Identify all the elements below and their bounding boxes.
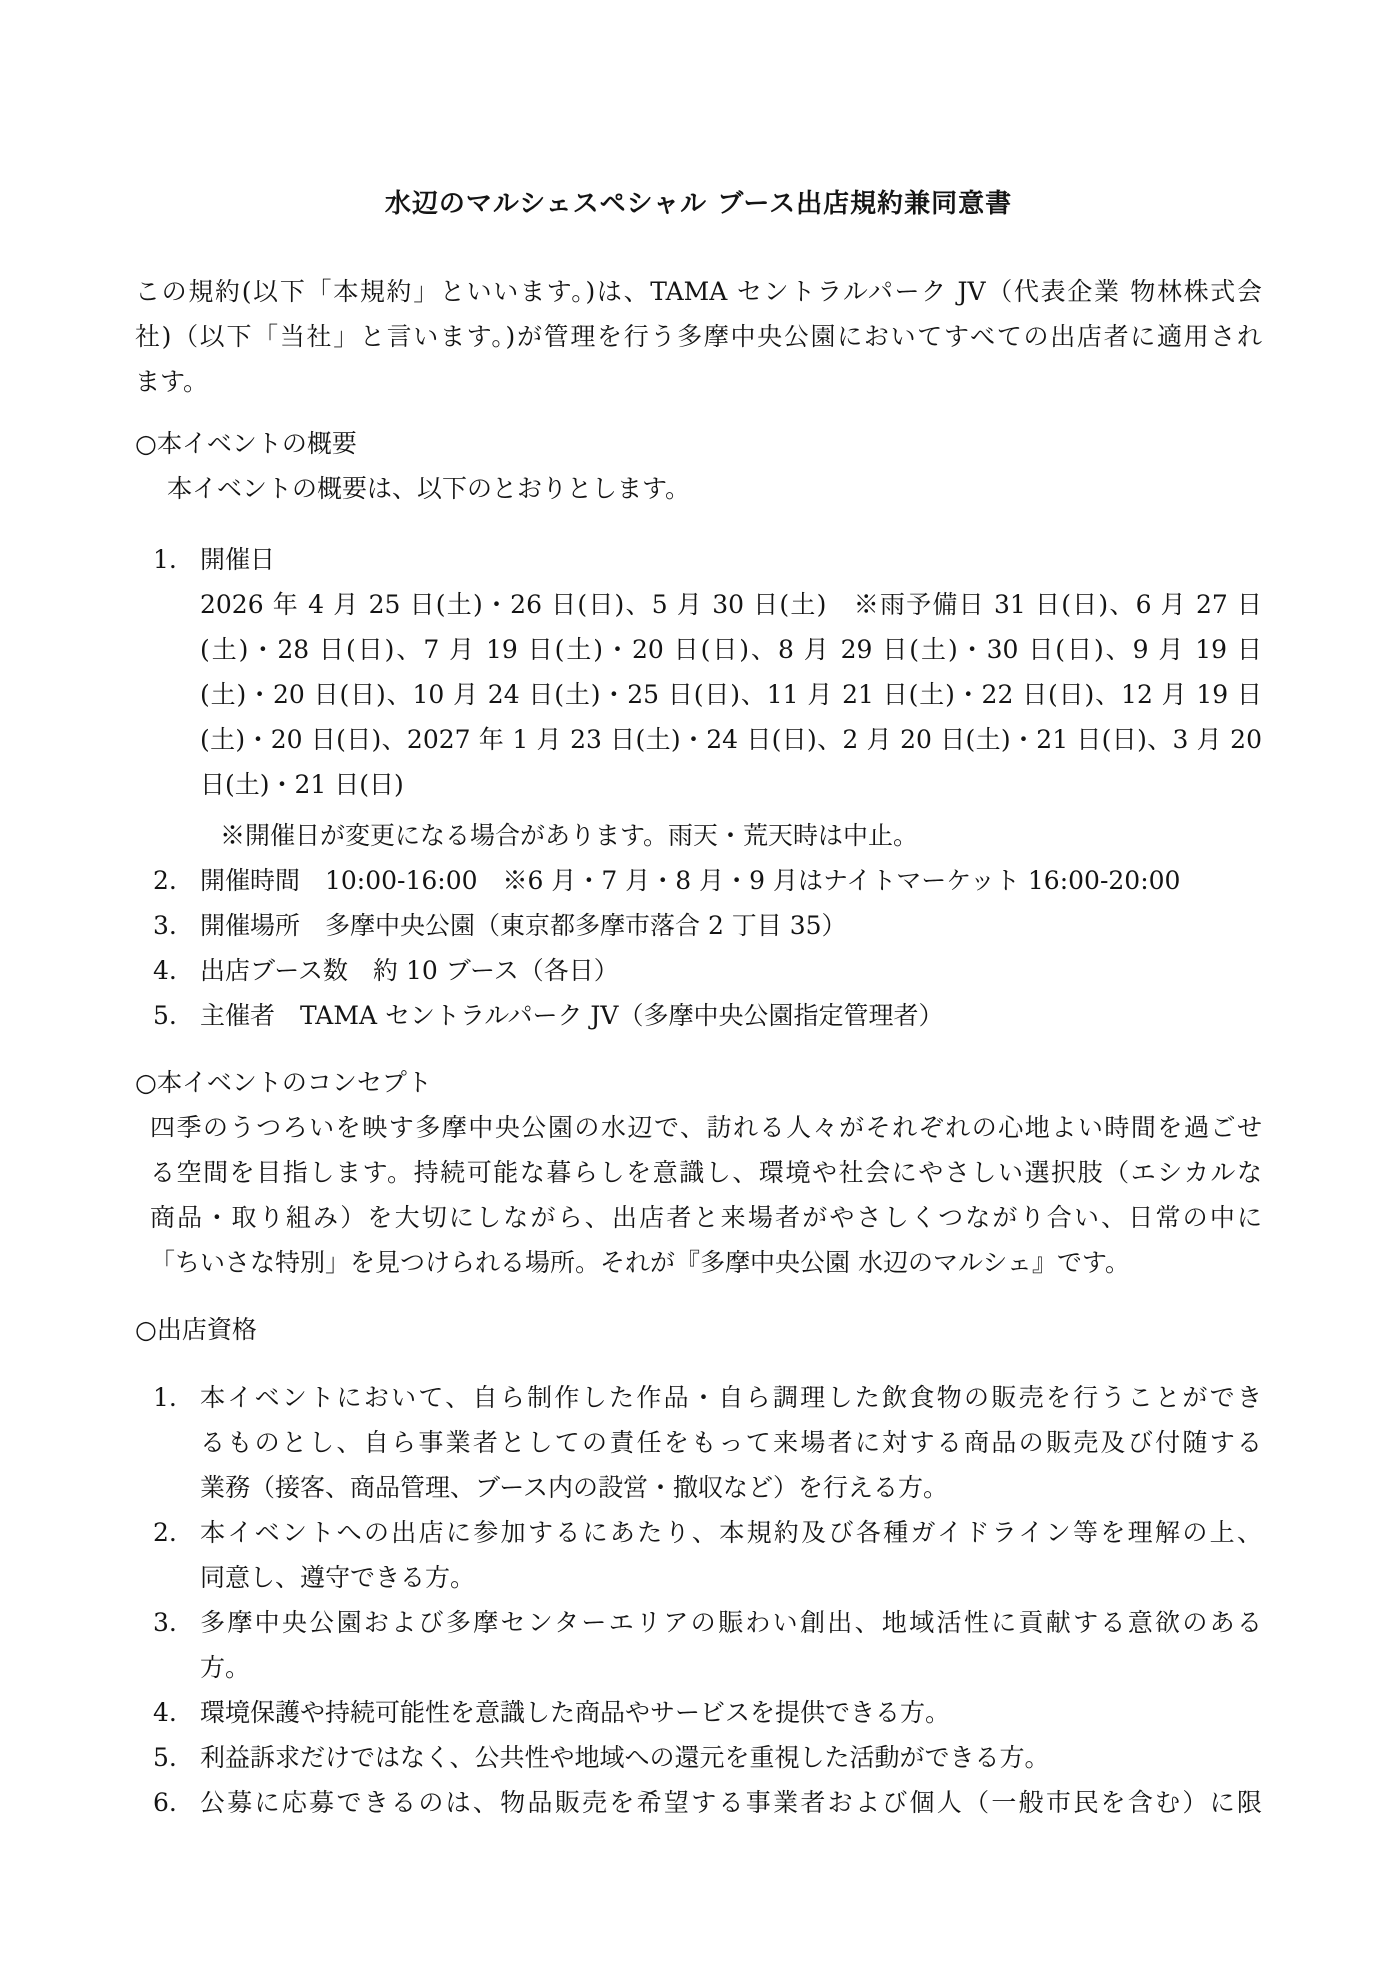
list-item: 3. 開催場所 多摩中央公園（東京都多摩市落合 2 丁目 35） [135,903,1262,948]
overview-list: 1. 開催日 2026 年 4 月 25 日(土)・26 日(日)、5 月 30… [135,537,1262,1038]
text-line: 開催時間 10:00-16:00 ※6 月・7 月・8 月・9 月はナイトマーケ… [200,858,1262,903]
list-item-number: 2. [153,1510,177,1555]
text-line: 多摩中央公園および多摩センターエリアの賑わい創出、地域活性に貢献する意欲のある [200,1600,1262,1645]
list-item: 2. 開催時間 10:00-16:00 ※6 月・7 月・8 月・9 月はナイト… [135,858,1262,903]
text-line: 2026 年 4 月 25 日(土)・26 日(日)、5 月 30 日(土) ※… [200,582,1262,627]
text-line: るものとし、自ら事業者としての責任をもって来場者に対する商品の販売及び付随する [200,1420,1262,1465]
section-overview: ○本イベントの概要 本イベントの概要は、以下のとおりとします。 1. 開催日 2… [135,421,1262,1038]
text-line: (土)・20 日(日)、10 月 24 日(土)・25 日(日)、11 月 21… [200,672,1262,717]
text-line: (土)・20 日(日)、2027 年 1 月 23 日(土)・24 日(日)、2… [200,717,1262,762]
text-line: 出店ブース数 約 10 ブース（各日） [200,948,1262,993]
document-title: 水辺のマルシェスペシャル ブース出店規約兼同意書 [135,182,1262,227]
list-item-number: 1. [153,537,177,582]
list-item-number: 5. [153,993,177,1038]
text-line: 「ちいさな特別」を見つけられる場所。それが『多摩中央公園 水辺のマルシェ』です。 [150,1240,1262,1285]
list-item-number: 5. [153,1735,177,1780]
list-item: 4. 環境保護や持続可能性を意識した商品やサービスを提供できる方。 [135,1690,1262,1735]
text-line: 開催場所 多摩中央公園（東京都多摩市落合 2 丁目 35） [200,903,1262,948]
list-item-note: ※開催日が変更になる場合があります。雨天・荒天時は中止。 [220,813,1262,858]
list-item-number: 3. [153,903,177,948]
section-concept: ○本イベントのコンセプト 四季のうつろいを映す多摩中央公園の水辺で、訪れる人々が… [135,1060,1262,1285]
intro-paragraph: この規約(以下「本規約」といいます。)は、TAMA セントラルパーク JV（代表… [135,269,1262,404]
list-item: 1. 開催日 2026 年 4 月 25 日(土)・26 日(日)、5 月 30… [135,537,1262,858]
text-line: 業務（接客、商品管理、ブース内の設営・撤収など）を行える方。 [200,1465,1262,1510]
section-qualifications: ○出店資格 1. 本イベントにおいて、自ら制作した作品・自ら調理した飲食物の販売… [135,1307,1262,1825]
list-item: 6. 公募に応募できるのは、物品販売を希望する事業者および個人（一般市民を含む）… [135,1780,1262,1825]
list-item-number: 1. [153,1375,177,1420]
text-line: (土)・28 日(日)、7 月 19 日(土)・20 日(日)、8 月 29 日… [200,627,1262,672]
list-item-number: 4. [153,948,177,993]
text-line: 環境保護や持続可能性を意識した商品やサービスを提供できる方。 [200,1690,1262,1735]
list-item-number: 4. [153,1690,177,1735]
list-item-number: 3. [153,1600,177,1645]
text-line: 日(土)・21 日(日) [200,762,1262,807]
concept-paragraph: 四季のうつろいを映す多摩中央公園の水辺で、訪れる人々がそれぞれの心地よい時間を過… [150,1105,1262,1285]
section-heading-qualifications: ○出店資格 [135,1307,1262,1352]
text-line: 四季のうつろいを映す多摩中央公園の水辺で、訪れる人々がそれぞれの心地よい時間を過… [150,1105,1262,1150]
list-item-number: 6. [153,1780,177,1825]
text-line: 公募に応募できるのは、物品販売を希望する事業者および個人（一般市民を含む）に限 [200,1780,1262,1825]
overview-lead: 本イベントの概要は、以下のとおりとします。 [167,466,1262,511]
text-line: 本イベントにおいて、自ら制作した作品・自ら調理した飲食物の販売を行うことができ [200,1375,1262,1420]
qualifications-list: 1. 本イベントにおいて、自ら制作した作品・自ら調理した飲食物の販売を行うことが… [135,1375,1262,1825]
section-heading-concept: ○本イベントのコンセプト [135,1060,1262,1105]
list-item-number: 2. [153,858,177,903]
text-line: 社)（以下「当社」と言います。)が管理を行う多摩中央公園においてすべての出店者に… [135,314,1262,359]
text-line: 商品・取り組み）を大切にしながら、出店者と来場者がやさしくつながり合い、日常の中… [150,1195,1262,1240]
list-item: 3. 多摩中央公園および多摩センターエリアの賑わい創出、地域活性に貢献する意欲の… [135,1600,1262,1690]
section-heading-overview: ○本イベントの概要 [135,421,1262,466]
text-line: 同意し、遵守できる方。 [200,1555,1262,1600]
text-line: 開催日 [200,537,1262,582]
text-line: この規約(以下「本規約」といいます。)は、TAMA セントラルパーク JV（代表… [135,269,1262,314]
list-item: 4. 出店ブース数 約 10 ブース（各日） [135,948,1262,993]
text-line: 方。 [200,1645,1262,1690]
list-item: 5. 利益訴求だけではなく、公共性や地域への還元を重視した活動ができる方。 [135,1735,1262,1780]
text-line: 利益訴求だけではなく、公共性や地域への還元を重視した活動ができる方。 [200,1735,1262,1780]
list-item: 5. 主催者 TAMA セントラルパーク JV（多摩中央公園指定管理者） [135,993,1262,1038]
list-item: 2. 本イベントへの出店に参加するにあたり、本規約及び各種ガイドライン等を理解の… [135,1510,1262,1600]
text-line: る空間を目指します。持続可能な暮らしを意識し、環境や社会にやさしい選択肢（エシカ… [150,1150,1262,1195]
document-page: 水辺のマルシェスペシャル ブース出店規約兼同意書 この規約(以下「本規約」といい… [0,0,1400,1979]
list-item: 1. 本イベントにおいて、自ら制作した作品・自ら調理した飲食物の販売を行うことが… [135,1375,1262,1510]
text-line: 主催者 TAMA セントラルパーク JV（多摩中央公園指定管理者） [200,993,1262,1038]
text-line: 本イベントへの出店に参加するにあたり、本規約及び各種ガイドライン等を理解の上、 [200,1510,1262,1555]
text-line: ます。 [135,359,1262,404]
